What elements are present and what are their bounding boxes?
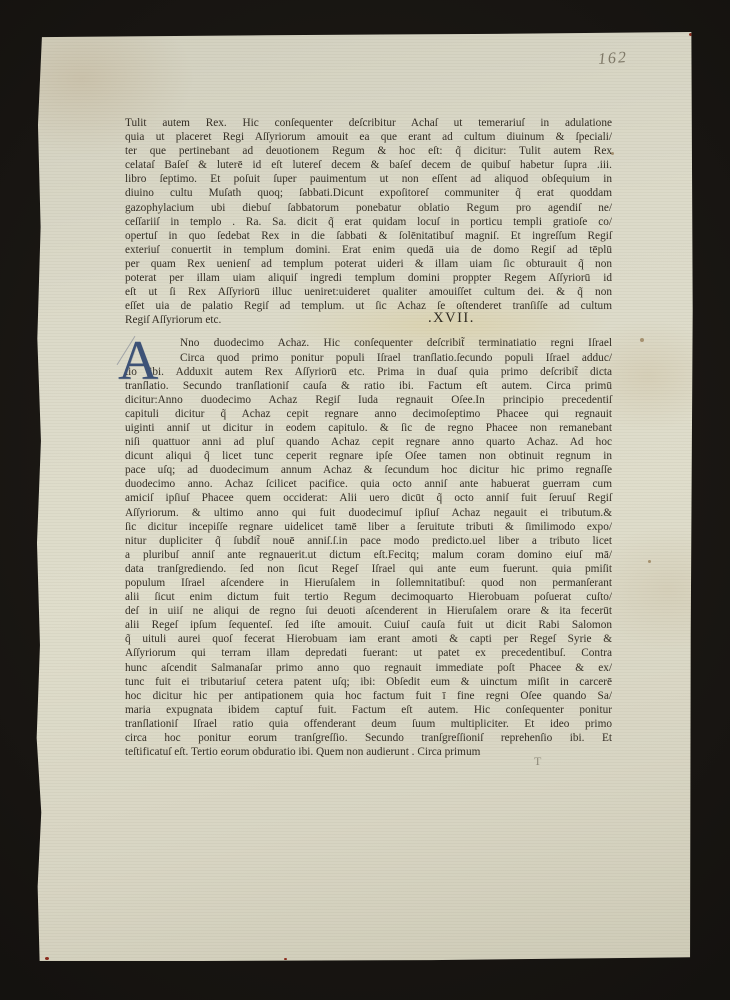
text-line: duodecimo anno. Achaz ſcilicet pacifice.… — [125, 477, 612, 491]
text-line: dicitur:Anno duodecimo Achaz Regiſ Iuda … — [125, 393, 612, 407]
text-line: alii Regeſ ipſum ſequenteſ. ſed iſte amo… — [125, 618, 612, 632]
text-line: eſſet uia de palatio Regiſ ad templum. u… — [125, 299, 612, 313]
red-speck — [689, 33, 693, 36]
text-line: hoc dicitur hic per antipationem quia ho… — [125, 689, 612, 703]
text-line: diuino cultu Muſath quoq; ſabbati.Dicunt… — [125, 186, 612, 200]
text-line: circa hoc ponitur eorum tranſgreſſio. Se… — [125, 731, 612, 745]
foxing-spot — [611, 152, 614, 155]
red-speck — [45, 957, 49, 960]
text-line: alii ſicut enim dictum fuit tertio Regum… — [125, 590, 612, 604]
text-line: uiginti anniſ ut dicitur in eodem capitu… — [125, 421, 612, 435]
paragraph-1-last-line: Regiſ Aſſyriorum etc. — [125, 313, 221, 327]
text-line: ter que pertinebant ad deuotionem Regum … — [125, 144, 612, 158]
text-line: hunc aſcendit Salmanaſar primo anno quo … — [125, 661, 612, 675]
paragraph-2: A Nno duodecimo Achaz. Hic conſequenter … — [125, 336, 612, 759]
chapter-number-heading: .XVII. — [428, 311, 475, 325]
text-line: gazophylacium ubi diebuſ ſabbatorum pone… — [125, 201, 612, 215]
text-line: ſic dicitur incepiſſe regnare uidelicet … — [125, 520, 612, 534]
text-line: per quam Rex uenienſ ad templum poterat … — [125, 257, 612, 271]
text-line: capituli dicitur q̃ Achaz cepit regnare … — [125, 407, 612, 421]
incunable-leaf: 162 Tulit autem Rex. Hic conſequenter de… — [36, 32, 694, 961]
text-line: tranſlatio. Secundo tranſlationiſ cauſa … — [125, 379, 612, 393]
text-line: dicunt aliqui q̃ licet tunc ceperit regn… — [125, 449, 612, 463]
text-line: quia ut placeret Regi Aſſyriorum amouit … — [125, 130, 612, 144]
text-line: deſ in uiiſ ne aliqui de regno ſui deuot… — [125, 604, 612, 618]
text-line: data tranſgrediendo. ſed non ſicut Regeſ… — [125, 562, 612, 576]
text-line: ceſſariiſ in templo . Ra. Sa. dicit q̃ e… — [125, 215, 612, 229]
text-line: tio ibi. Adduxit autem Rex Aſſyriorū etc… — [125, 365, 612, 379]
text-line: tunc fuit ei tributariuſ cetera patent u… — [125, 675, 612, 689]
text-line: nitur dupliciter q̃ ſubdit̃ nouē anniſ.ſ… — [125, 534, 612, 548]
text-block: Tulit autem Rex. Hic conſequenter deſcri… — [125, 116, 612, 759]
handwritten-folio-number: 162 — [597, 49, 628, 69]
text-line: poterat per illam uiam aliquiſ ingredi t… — [125, 271, 612, 285]
heading-row: Regiſ Aſſyriorum etc. .XVII. — [125, 313, 612, 327]
text-line: pace uſq; ad duodecimum annum Achaz & ſe… — [125, 463, 612, 477]
red-speck — [284, 958, 287, 960]
foxing-spot — [648, 560, 651, 563]
text-line: Aſſyriorum. & ultimo anno qui fuit duode… — [125, 506, 612, 520]
text-line: Tulit autem Rex. Hic conſequenter deſcri… — [125, 116, 612, 130]
text-line: Aſſyriorum qui terram illam depredati fu… — [125, 646, 612, 660]
paragraph-2-lines: Nno duodecimo Achaz. Hic conſequenter de… — [125, 336, 612, 759]
text-line: a pluribuſ anniſ ante regnauerit.ut dict… — [125, 548, 612, 562]
text-line: q̃ uituli aurei quoſ fecerat Hierobuam i… — [125, 632, 612, 646]
text-line: Circa quod primo ponitur populi Iſrael t… — [125, 351, 612, 365]
paragraph-1: Tulit autem Rex. Hic conſequenter deſcri… — [125, 116, 612, 313]
text-line: tranſlationiſ Iſrael ratio quia offender… — [125, 717, 612, 731]
printer-signature-mark: T — [534, 754, 542, 769]
foxing-spot — [640, 338, 644, 342]
text-line: amiciſ ipſiuſ Phacee quem occiderat: Ali… — [125, 491, 612, 505]
text-line: niſi quattuor anni ad pluſ quando Achaz … — [125, 435, 612, 449]
text-line: libro ſeptimo. Et poſuit ſuper pauimentu… — [125, 172, 612, 186]
text-line: exteriuſ conuertit in templum domini. Er… — [125, 243, 612, 257]
text-line: opertuſ in quo ſedebat Rex in die ſabbat… — [125, 229, 612, 243]
text-line: maria expugnata ibidem captuſ fuit. Fact… — [125, 703, 612, 717]
text-line: populum Iſrael aſcendere in Hieruſalem i… — [125, 576, 612, 590]
text-line: eſt ut ſi Rex Aſſyriorū illuc ueniret:ui… — [125, 285, 612, 299]
text-line: celataſ Baſeſ & luterē id eſt lutereſ de… — [125, 158, 612, 172]
photograph-background: 162 Tulit autem Rex. Hic conſequenter de… — [0, 0, 730, 1000]
text-line: Nno duodecimo Achaz. Hic conſequenter de… — [125, 336, 612, 350]
illuminated-initial: A — [118, 337, 158, 385]
